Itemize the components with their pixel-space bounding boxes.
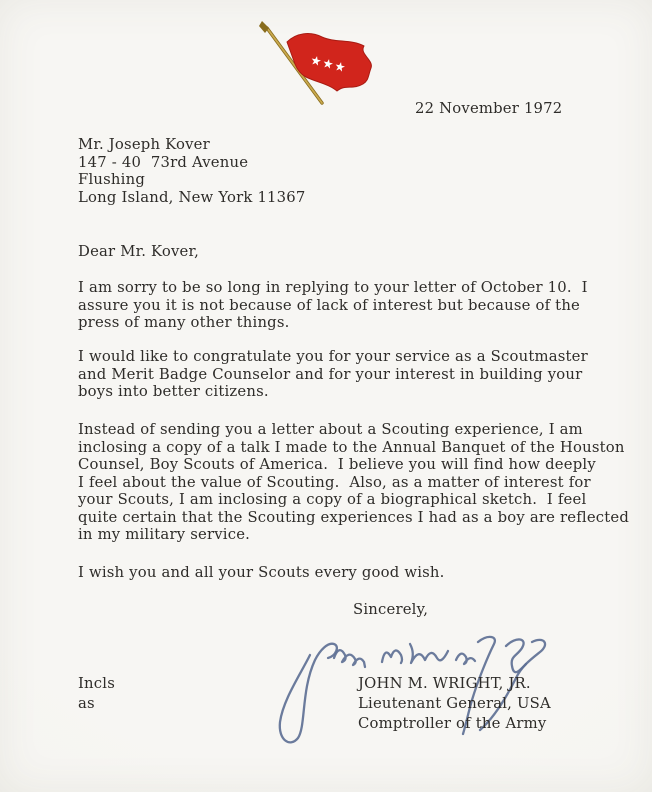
closing-salutation: Sincerely, — [353, 601, 428, 619]
salutation: Dear Mr. Kover, — [78, 243, 199, 261]
signature-block: JOHN M. WRIGHT, JR. Lieutenant General, … — [358, 674, 551, 734]
body-paragraph-1: I am sorry to be so long in replying to … — [78, 279, 588, 332]
letter-date: 22 November 1972 — [415, 100, 562, 118]
letter-page: 22 November 1972 Mr. Joseph Kover 147 - … — [0, 0, 652, 792]
body-paragraph-2: I would like to congratulate you for you… — [78, 348, 588, 401]
three-star-flag-icon — [252, 20, 384, 112]
body-paragraph-4: I wish you and all your Scouts every goo… — [78, 564, 445, 582]
signer-name: JOHN M. WRIGHT, JR. — [358, 675, 531, 692]
signer-title: Comptroller of the Army — [358, 715, 546, 732]
enclosure-notation: Incls as — [78, 674, 115, 714]
body-paragraph-3: Instead of sending you a letter about a … — [78, 421, 629, 544]
signer-rank: Lieutenant General, USA — [358, 695, 551, 712]
recipient-address: Mr. Joseph Kover 147 - 40 73rd Avenue Fl… — [78, 136, 306, 206]
